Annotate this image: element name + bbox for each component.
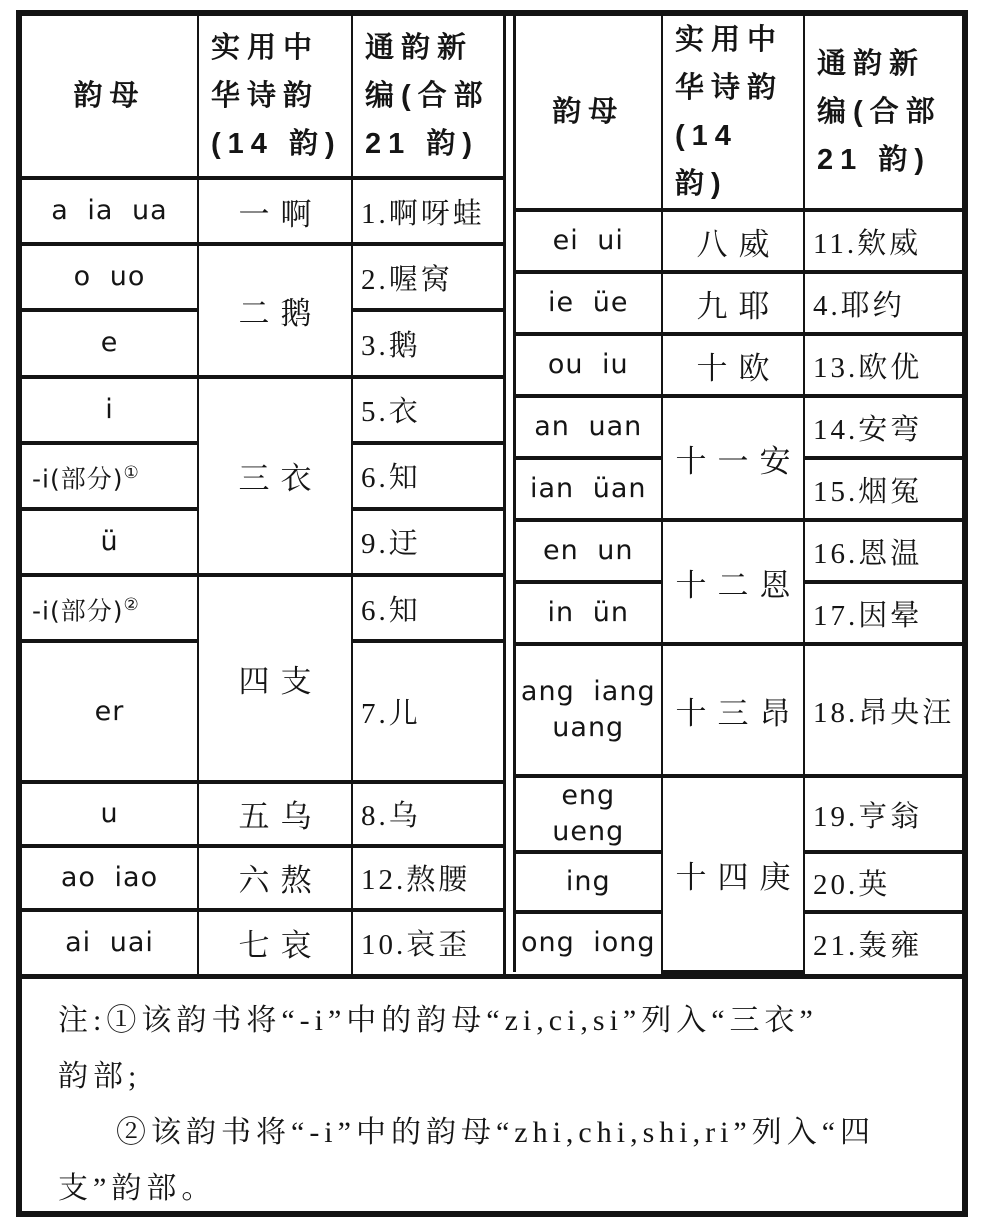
yunmu-cell: ou iu [514, 334, 662, 396]
yunmu-cell: ai uai [22, 910, 198, 974]
header-tongyun-line1: 通韵新 [365, 24, 503, 72]
yunmu-cell: a ia ua [22, 178, 198, 244]
tongyun-cell: 6.知 [352, 575, 504, 641]
shiyun-cell: 六熬 [198, 846, 352, 910]
shiyun-cell: 五乌 [198, 782, 352, 846]
yunmu-cell: i [22, 377, 198, 443]
shiyun-cell: 九耶 [662, 272, 804, 334]
table-right-half: 韵母 实用中 华诗韵 (14 韵) 通韵新 编(合部 21 韵) ei ui 八… [513, 16, 963, 974]
header-tongyun-line1: 通韵新 [817, 40, 962, 88]
shiyun-cell: 一啊 [198, 178, 352, 244]
yunmu-cell: eng ueng [514, 776, 662, 852]
tongyun-cell: 18.昂央汪 [804, 644, 962, 776]
header-tongyun-line3: 21 韵) [365, 120, 503, 168]
header-yunmu: 韵母 [514, 16, 662, 210]
header-shiyun: 实用中 华诗韵 (14 韵) [662, 16, 804, 210]
tongyun-cell: 19.亨翁 [804, 776, 962, 852]
yunmu-cell: ü [22, 509, 198, 575]
tongyun-cell: 13.欧优 [804, 334, 962, 396]
tongyun-cell: 21.轰雍 [804, 912, 962, 972]
yunmu-cell: ian üan [514, 458, 662, 520]
shiyun-cell: 十四庚 [662, 776, 804, 972]
shiyun-cell: 三衣 [198, 377, 352, 575]
tongyun-cell: 14.安弯 [804, 396, 962, 458]
tongyun-cell: 20.英 [804, 852, 962, 912]
header-tongyun-line3: 21 韵) [817, 136, 962, 184]
shiyun-cell: 十三昂 [662, 644, 804, 776]
yunmu-cell: er [22, 641, 198, 782]
footnote-2-line2: 支”韵部。 [58, 1161, 942, 1217]
header-tongyun-line2: 编(合部 [817, 88, 962, 136]
tongyun-cell: 1.啊呀蛙 [352, 178, 504, 244]
footnote-1-line2: 韵部; [58, 1049, 942, 1105]
yunmu-cell: -i(部分)① [22, 443, 198, 509]
tongyun-cell: 12.熬腰 [352, 846, 504, 910]
header-tongyun: 通韵新 编(合部 21 韵) [804, 16, 962, 210]
footnotes: 注:①该韵书将“-i”中的韵母“zi,ci,si”列入“三衣” 韵部; ②该韵书… [22, 979, 962, 1217]
footnote-1-line1: 注:①该韵书将“-i”中的韵母“zi,ci,si”列入“三衣” [58, 993, 942, 1049]
tongyun-cell: 7.儿 [352, 641, 504, 782]
shiyun-cell: 八威 [662, 210, 804, 272]
tongyun-cell: 15.烟冤 [804, 458, 962, 520]
scanned-page: 韵母 实用中 华诗韵 (14 韵) 通韵新 编(合部 21 韵) a ia ua… [0, 0, 984, 1227]
yunmu-cell: ang iang uang [514, 644, 662, 776]
header-shiyun-line1: 实用中 [675, 16, 803, 64]
yunmu-cell: en un [514, 520, 662, 582]
tongyun-cell: 9.迂 [352, 509, 504, 575]
header-shiyun-line2: 华诗韵 [211, 72, 351, 120]
footnote-2-line1: ②该韵书将“-i”中的韵母“zhi,chi,shi,ri”列入“四 [58, 1105, 942, 1161]
yunmu-cell: ei ui [514, 210, 662, 272]
shiyun-cell: 十二恩 [662, 520, 804, 644]
yunmu-text: -i(部分) [32, 464, 123, 493]
tongyun-cell: 3.鹅 [352, 310, 504, 376]
shiyun-cell: 七哀 [198, 910, 352, 974]
tongyun-cell: 4.耶约 [804, 272, 962, 334]
tongyun-cell: 17.因晕 [804, 582, 962, 644]
yunmu-cell: ao iao [22, 846, 198, 910]
tongyun-cell: 10.哀歪 [352, 910, 504, 974]
table-body: 韵母 实用中 华诗韵 (14 韵) 通韵新 编(合部 21 韵) a ia ua… [22, 16, 962, 979]
shiyun-cell: 十欧 [662, 334, 804, 396]
yunmu-cell: -i(部分)② [22, 575, 198, 641]
yunmu-text: -i(部分) [32, 596, 123, 625]
yunmu-cell: ing [514, 852, 662, 912]
table-left-half: 韵母 实用中 华诗韵 (14 韵) 通韵新 编(合部 21 韵) a ia ua… [22, 16, 506, 974]
half-divider [506, 16, 513, 974]
tongyun-cell: 16.恩温 [804, 520, 962, 582]
tongyun-cell: 5.衣 [352, 377, 504, 443]
yunmu-cell: u [22, 782, 198, 846]
tongyun-cell: 11.欸威 [804, 210, 962, 272]
header-shiyun-line3: (14 韵) [211, 120, 351, 168]
tongyun-cell: 6.知 [352, 443, 504, 509]
shiyun-cell: 十一安 [662, 396, 804, 520]
rhyme-comparison-table: 韵母 实用中 华诗韵 (14 韵) 通韵新 编(合部 21 韵) a ia ua… [16, 10, 968, 1217]
header-shiyun: 实用中 华诗韵 (14 韵) [198, 16, 352, 178]
footnote-marker-1: ① [123, 463, 138, 483]
tongyun-cell: 2.喔窝 [352, 244, 504, 310]
shiyun-cell: 二鹅 [198, 244, 352, 376]
header-tongyun-line2: 编(合部 [365, 72, 503, 120]
yunmu-cell: e [22, 310, 198, 376]
header-tongyun: 通韵新 编(合部 21 韵) [352, 16, 504, 178]
header-shiyun-line3: (14 韵) [675, 112, 803, 208]
footnote-marker-2: ② [123, 595, 138, 615]
yunmu-cell: ong iong [514, 912, 662, 972]
yunmu-cell: o uo [22, 244, 198, 310]
header-shiyun-line1: 实用中 [211, 24, 351, 72]
tongyun-cell: 8.乌 [352, 782, 504, 846]
shiyun-cell: 四支 [198, 575, 352, 782]
header-shiyun-line2: 华诗韵 [675, 64, 803, 112]
header-yunmu: 韵母 [22, 16, 198, 178]
yunmu-cell: ie üe [514, 272, 662, 334]
yunmu-cell: in ün [514, 582, 662, 644]
yunmu-cell: an uan [514, 396, 662, 458]
